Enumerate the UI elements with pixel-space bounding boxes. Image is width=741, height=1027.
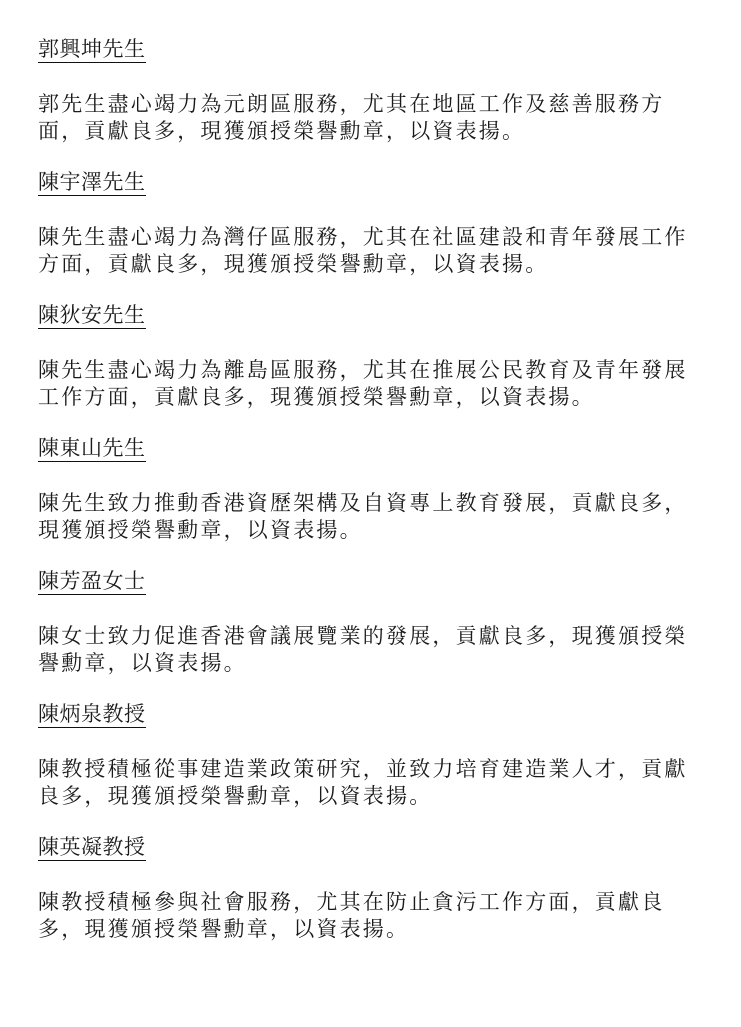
honoree-name: 陳狄安先生 bbox=[38, 302, 146, 329]
citation-line: 陳教授積極參與社會服務，尤其在防止貪污工作方面，貢獻良 bbox=[38, 889, 718, 916]
honoree-citation: 陳先生致力推動香港資歷架構及自資專上教育發展，貢獻良多， 現獲頒授榮譽勳章，以資… bbox=[38, 490, 718, 544]
citation-line: 良多，現獲頒授榮譽勳章，以資表揚。 bbox=[38, 783, 718, 810]
citation-line: 方面，貢獻良多，現獲頒授榮譽勳章，以資表揚。 bbox=[38, 251, 718, 278]
honoree-name: 陳宇澤先生 bbox=[38, 169, 146, 196]
citation-line: 工作方面，貢獻良多，現獲頒授榮譽勳章，以資表揚。 bbox=[38, 384, 718, 411]
honoree-citation: 陳女士致力促進香港會議展覽業的發展，貢獻良多，現獲頒授榮 譽勳章，以資表揚。 bbox=[38, 623, 718, 677]
honoree-citation: 郭先生盡心竭力為元朗區服務，尤其在地區工作及慈善服務方 面，貢獻良多，現獲頒授榮… bbox=[38, 91, 718, 145]
honoree-entry: 陳炳泉教授 陳教授積極從事建造業政策研究，並致力培育建造業人才，貢獻 良多，現獲… bbox=[38, 701, 718, 834]
honoree-entry: 陳狄安先生 陳先生盡心竭力為離島區服務，尤其在推展公民教育及青年發展 工作方面，… bbox=[38, 302, 718, 435]
citation-line: 陳女士致力促進香港會議展覽業的發展，貢獻良多，現獲頒授榮 bbox=[38, 623, 718, 650]
honoree-entry: 陳東山先生 陳先生致力推動香港資歷架構及自資專上教育發展，貢獻良多， 現獲頒授榮… bbox=[38, 435, 718, 568]
honoree-citation: 陳教授積極參與社會服務，尤其在防止貪污工作方面，貢獻良 多，現獲頒授榮譽勳章，以… bbox=[38, 889, 718, 943]
citation-line: 譽勳章，以資表揚。 bbox=[38, 650, 718, 677]
citation-line: 陳先生盡心竭力為灣仔區服務，尤其在社區建設和青年發展工作 bbox=[38, 224, 718, 251]
citation-line: 陳先生致力推動香港資歷架構及自資專上教育發展，貢獻良多， bbox=[38, 490, 718, 517]
honoree-entry: 陳宇澤先生 陳先生盡心竭力為灣仔區服務，尤其在社區建設和青年發展工作 方面，貢獻… bbox=[38, 169, 718, 302]
citation-line: 面，貢獻良多，現獲頒授榮譽勳章，以資表揚。 bbox=[38, 118, 718, 145]
honoree-name: 陳東山先生 bbox=[38, 435, 146, 462]
citation-line: 郭先生盡心竭力為元朗區服務，尤其在地區工作及慈善服務方 bbox=[38, 91, 718, 118]
citation-line: 陳教授積極從事建造業政策研究，並致力培育建造業人才，貢獻 bbox=[38, 756, 718, 783]
honoree-name: 郭興坤先生 bbox=[38, 36, 146, 63]
honoree-entry: 陳芳盈女士 陳女士致力促進香港會議展覽業的發展，貢獻良多，現獲頒授榮 譽勳章，以… bbox=[38, 568, 718, 701]
honoree-entry: 郭興坤先生 郭先生盡心竭力為元朗區服務，尤其在地區工作及慈善服務方 面，貢獻良多… bbox=[38, 36, 718, 169]
honoree-citation: 陳教授積極從事建造業政策研究，並致力培育建造業人才，貢獻 良多，現獲頒授榮譽勳章… bbox=[38, 756, 718, 810]
honoree-name: 陳炳泉教授 bbox=[38, 701, 146, 728]
citation-line: 陳先生盡心竭力為離島區服務，尤其在推展公民教育及青年發展 bbox=[38, 357, 718, 384]
honoree-name: 陳英凝教授 bbox=[38, 834, 146, 861]
citation-line: 現獲頒授榮譽勳章，以資表揚。 bbox=[38, 517, 718, 544]
document-page: 郭興坤先生 郭先生盡心竭力為元朗區服務，尤其在地區工作及慈善服務方 面，貢獻良多… bbox=[38, 36, 718, 967]
honoree-citation: 陳先生盡心竭力為離島區服務，尤其在推展公民教育及青年發展 工作方面，貢獻良多，現… bbox=[38, 357, 718, 411]
honoree-entry: 陳英凝教授 陳教授積極參與社會服務，尤其在防止貪污工作方面，貢獻良 多，現獲頒授… bbox=[38, 834, 718, 967]
honoree-citation: 陳先生盡心竭力為灣仔區服務，尤其在社區建設和青年發展工作 方面，貢獻良多，現獲頒… bbox=[38, 224, 718, 278]
honoree-name: 陳芳盈女士 bbox=[38, 568, 146, 595]
citation-line: 多，現獲頒授榮譽勳章，以資表揚。 bbox=[38, 916, 718, 943]
